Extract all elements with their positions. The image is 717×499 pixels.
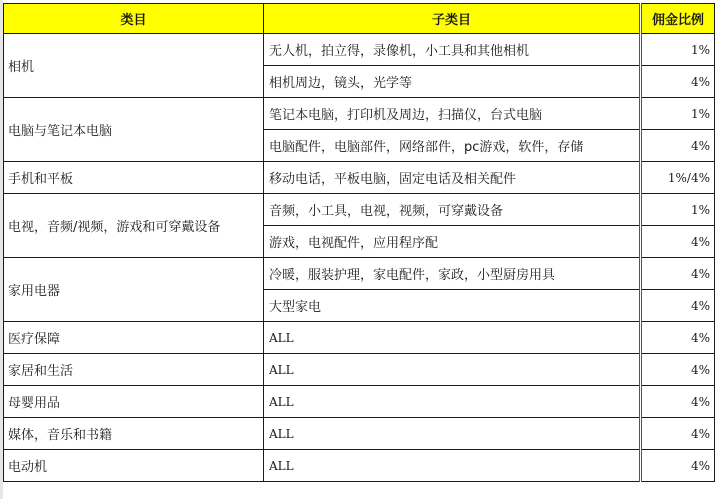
subcategory-cell[interactable]: 移动电话，平板电脑，固定电话及相关配件 bbox=[264, 162, 641, 194]
table-row: 电脑与笔记本电脑 笔记本电脑，打印机及周边，扫描仪，台式电脑 1% bbox=[4, 98, 715, 130]
rate-cell[interactable]: 4% bbox=[641, 130, 715, 162]
category-cell[interactable]: 手机和平板 bbox=[4, 162, 264, 194]
table-row: 家居和生活 ALL 4% bbox=[4, 354, 715, 386]
commission-table: 类目 子类目 佣金比例 相机 无人机，拍立得，录像机，小工具和其他相机 1% 相… bbox=[3, 3, 715, 482]
subcategory-cell[interactable]: ALL bbox=[264, 450, 641, 482]
table-row: 电视，音频/视频，游戏和可穿戴设备 音频，小工具，电视，视频，可穿戴设备 1% bbox=[4, 194, 715, 226]
rate-cell[interactable]: 4% bbox=[641, 226, 715, 258]
table-row: 媒体，音乐和书籍 ALL 4% bbox=[4, 418, 715, 450]
rate-cell[interactable]: 1% bbox=[641, 98, 715, 130]
subcategory-cell[interactable]: ALL bbox=[264, 418, 641, 450]
rate-cell[interactable]: 4% bbox=[641, 354, 715, 386]
rate-cell[interactable]: 4% bbox=[641, 418, 715, 450]
rate-cell[interactable]: 1% bbox=[641, 194, 715, 226]
category-cell[interactable]: 家用电器 bbox=[4, 258, 264, 322]
category-cell[interactable]: 电动机 bbox=[4, 450, 264, 482]
rate-cell[interactable]: 4% bbox=[641, 450, 715, 482]
category-cell[interactable]: 电视，音频/视频，游戏和可穿戴设备 bbox=[4, 194, 264, 258]
subcategory-cell[interactable]: 大型家电 bbox=[264, 290, 641, 322]
table-row: 手机和平板 移动电话，平板电脑，固定电话及相关配件 1%/4% bbox=[4, 162, 715, 194]
subcategory-cell[interactable]: ALL bbox=[264, 386, 641, 418]
category-cell[interactable]: 相机 bbox=[4, 34, 264, 98]
table-row: 相机 无人机，拍立得，录像机，小工具和其他相机 1% bbox=[4, 34, 715, 66]
category-cell[interactable]: 母婴用品 bbox=[4, 386, 264, 418]
rate-cell[interactable]: 4% bbox=[641, 322, 715, 354]
header-row: 类目 子类目 佣金比例 bbox=[4, 4, 715, 34]
category-cell[interactable]: 媒体，音乐和书籍 bbox=[4, 418, 264, 450]
subcategory-cell[interactable]: 电脑配件，电脑部件，网络部件，pc游戏，软件，存储 bbox=[264, 130, 641, 162]
table-row: 电动机 ALL 4% bbox=[4, 450, 715, 482]
rate-cell[interactable]: 1% bbox=[641, 34, 715, 66]
subcategory-cell[interactable]: 游戏，电视配件，应用程序配 bbox=[264, 226, 641, 258]
header-subcategory[interactable]: 子类目 bbox=[264, 4, 641, 34]
subcategory-cell[interactable]: ALL bbox=[264, 322, 641, 354]
subcategory-cell[interactable]: 笔记本电脑，打印机及周边，扫描仪，台式电脑 bbox=[264, 98, 641, 130]
rate-cell[interactable]: 4% bbox=[641, 290, 715, 322]
rate-cell[interactable]: 4% bbox=[641, 66, 715, 98]
header-category[interactable]: 类目 bbox=[4, 4, 264, 34]
category-cell[interactable]: 家居和生活 bbox=[4, 354, 264, 386]
subcategory-cell[interactable]: 冷暖，服装护理，家电配件，家政，小型厨房用具 bbox=[264, 258, 641, 290]
header-commission-rate[interactable]: 佣金比例 bbox=[641, 4, 715, 34]
subcategory-cell[interactable]: 相机周边，镜头，光学等 bbox=[264, 66, 641, 98]
subcategory-cell[interactable]: ALL bbox=[264, 354, 641, 386]
rate-cell[interactable]: 1%/4% bbox=[641, 162, 715, 194]
category-cell[interactable]: 电脑与笔记本电脑 bbox=[4, 98, 264, 162]
subcategory-cell[interactable]: 音频，小工具，电视，视频，可穿戴设备 bbox=[264, 194, 641, 226]
category-cell[interactable]: 医疗保障 bbox=[4, 322, 264, 354]
table-row: 医疗保障 ALL 4% bbox=[4, 322, 715, 354]
table-row: 母婴用品 ALL 4% bbox=[4, 386, 715, 418]
rate-cell[interactable]: 4% bbox=[641, 386, 715, 418]
rate-cell[interactable]: 4% bbox=[641, 258, 715, 290]
subcategory-cell[interactable]: 无人机，拍立得，录像机，小工具和其他相机 bbox=[264, 34, 641, 66]
table-row: 家用电器 冷暖，服装护理，家电配件，家政，小型厨房用具 4% bbox=[4, 258, 715, 290]
